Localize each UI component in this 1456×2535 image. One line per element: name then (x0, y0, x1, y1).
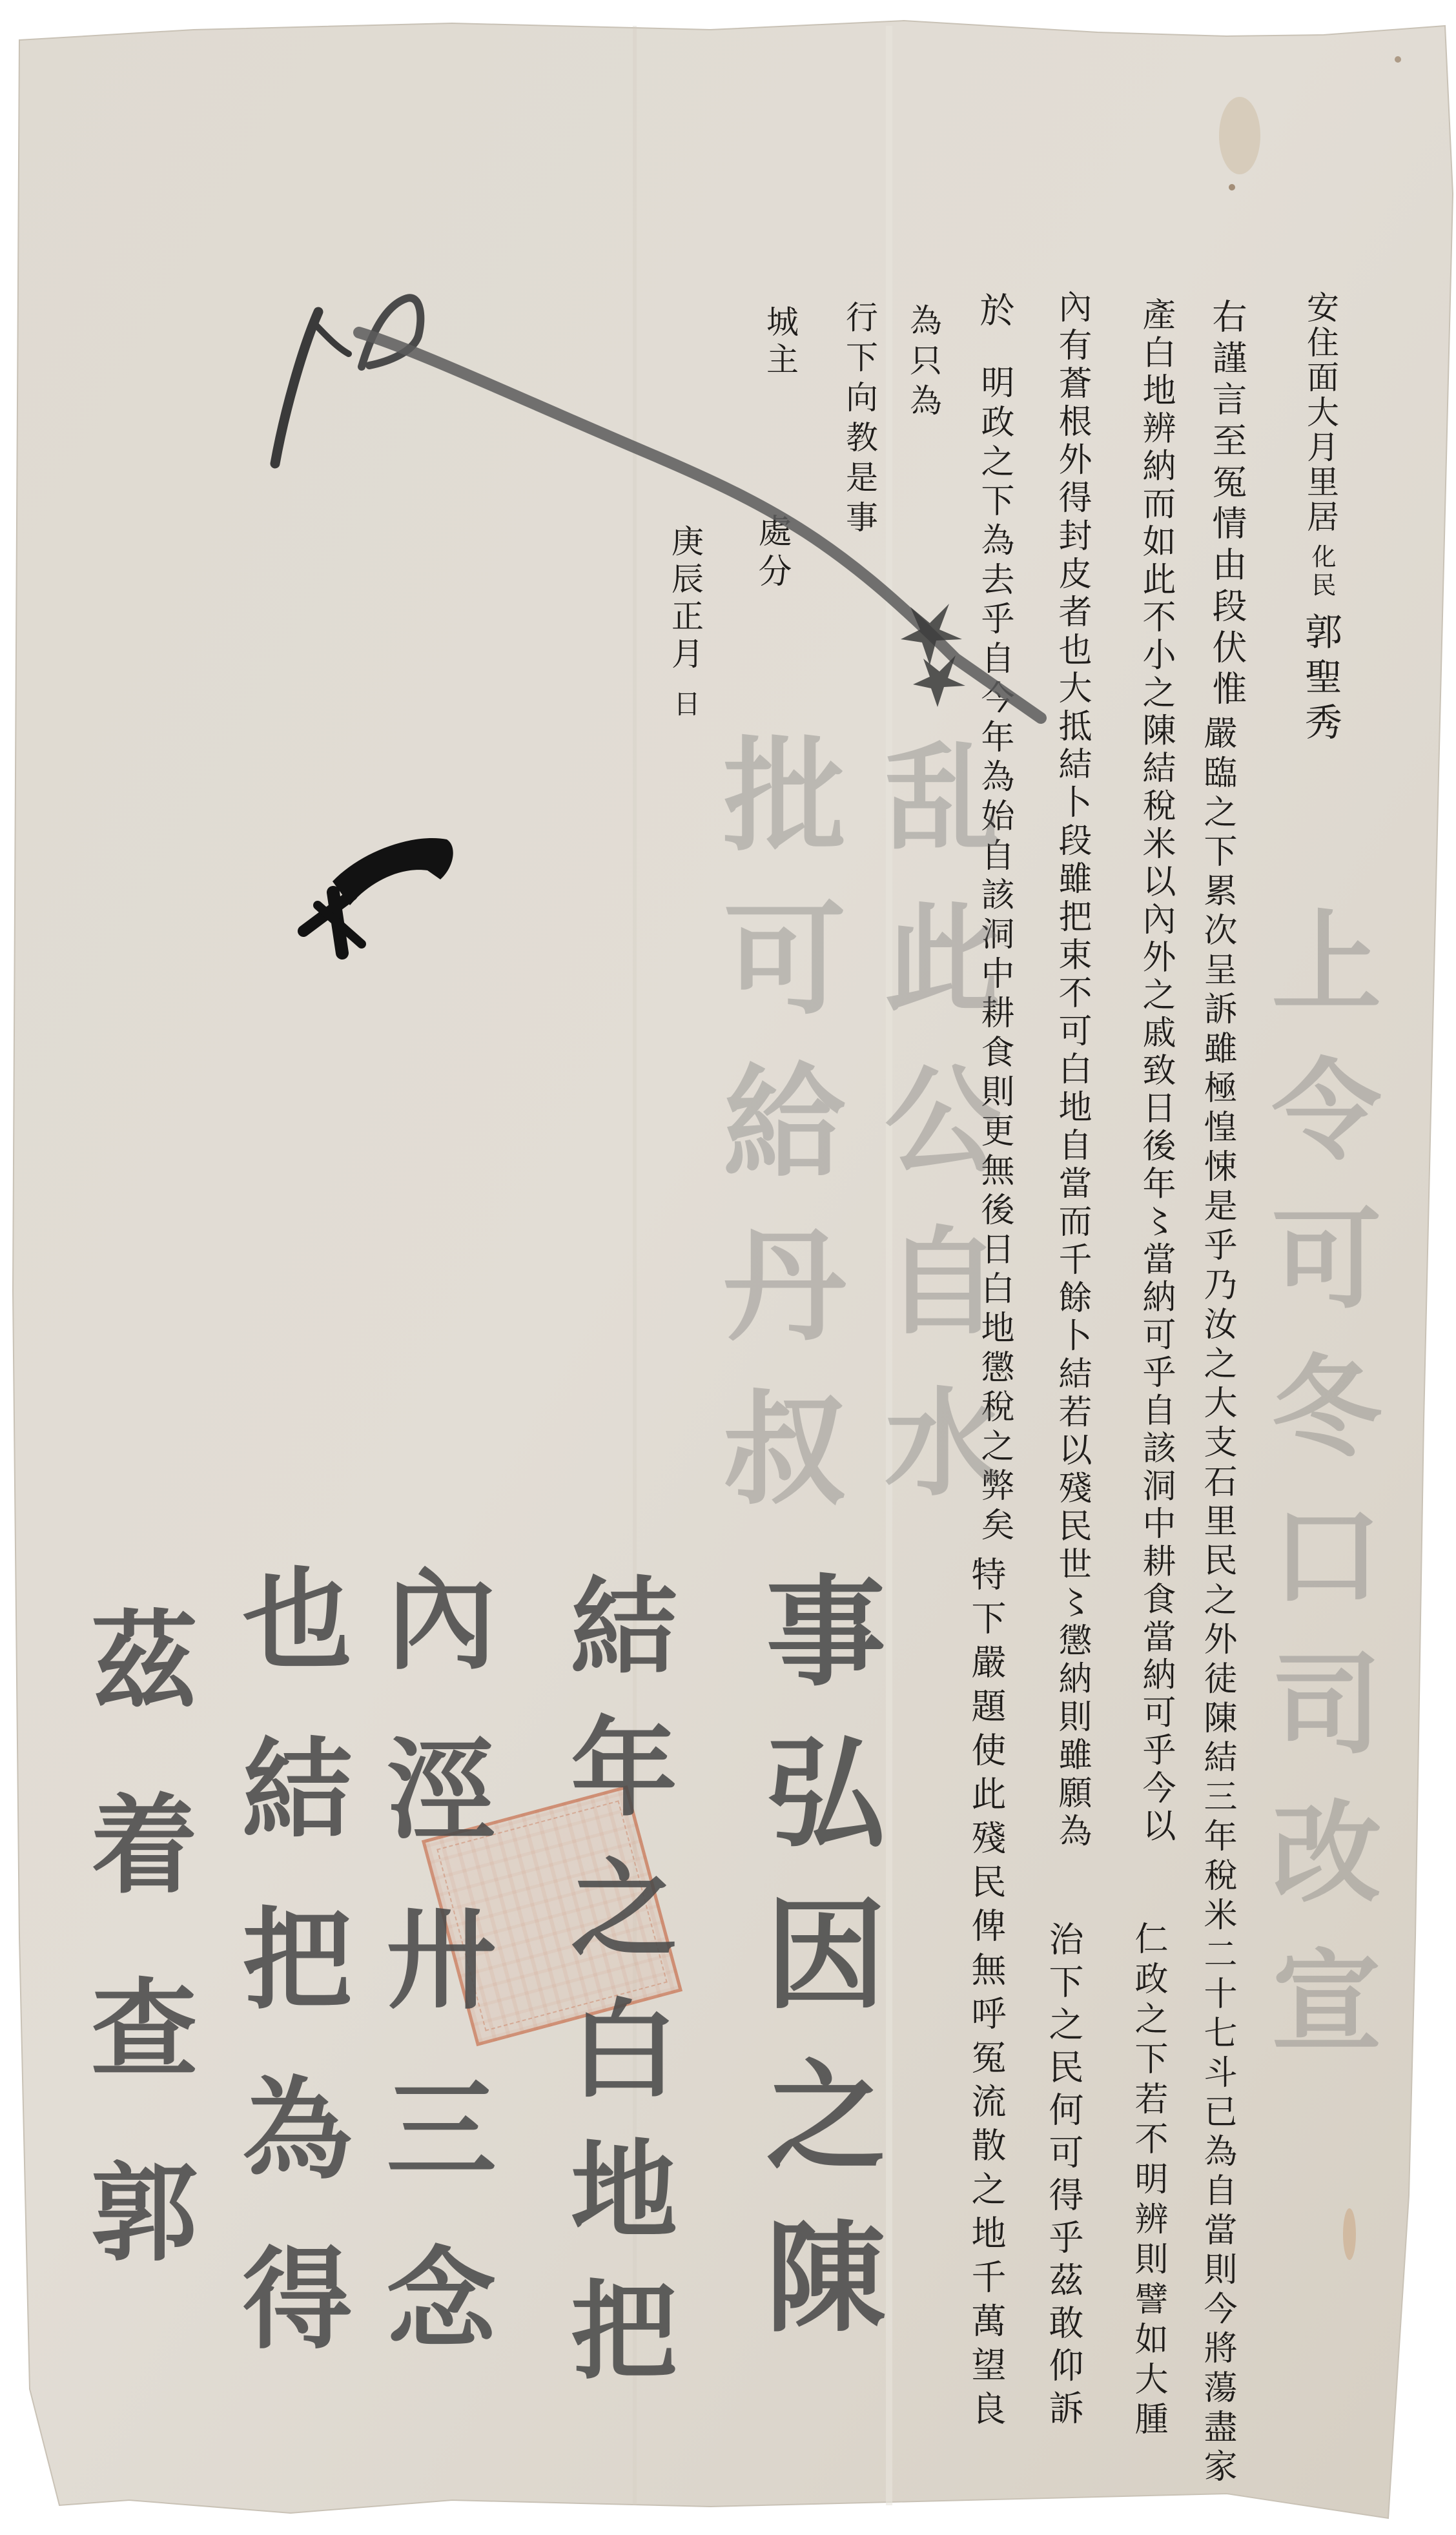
petition-closing: 行下向教是事 (843, 300, 876, 540)
overlay-rescript-column: 上令可冬口司改宣 (1262, 904, 1372, 2092)
petitioner-status: 化民 (1309, 544, 1334, 600)
date-year-month: 庚辰正月 (669, 524, 701, 674)
addressee-action: 處分 (755, 513, 788, 593)
overlay-rescript-column: 批可給丹叔 (713, 731, 836, 1548)
petition-text: 內有蒼根外得封皮者也大抵結卜段雖把束不可白地自當而千餘卜結若以殘民世〻懲納則雖願… (1055, 289, 1089, 1851)
rescript-column: 內涇卅三念 (377, 1562, 487, 2411)
petition-text: 於 (977, 292, 1012, 327)
petition-text: 嚴臨之下累次呈訴雖極惶悚是乎乃汝之大支石里民之外徒陳結三年稅米二十七斗已為自當則… (1200, 715, 1234, 2488)
rescript-column: 結年之白地把 (562, 1571, 669, 2416)
petition-text: 治下之民何可得乎茲敢仰訴 (1046, 1921, 1081, 2432)
petition-text: 特下嚴題使此殘民俾無呼冤流散之地千萬望良 (969, 1556, 1003, 2434)
overlay-rescript-column: 乱此公自水 (875, 736, 991, 1543)
petition-text: 產白地辨納而如此不小之陳結稅米以內外之戚致日後年〻當納可乎自該洞中耕食當納可乎今… (1139, 297, 1173, 1846)
rescript-column: 也結把為得 (233, 1562, 343, 2411)
date-day: 日 (672, 690, 699, 717)
petition-closing: 為只為 (907, 303, 939, 424)
document-page: 安住面大月里居 化民 郭聖秀 右謹言至冤情由段伏惟 嚴臨之下累次呈訴雖極惶悚是乎… (0, 0, 1456, 2535)
petitioner-address: 安住面大月里居 (1304, 291, 1337, 535)
rescript-column: 茲着查郭 (83, 1605, 189, 2341)
petitioner-name: 郭聖秀 (1302, 612, 1339, 748)
rescript-column: 事弘因之陳 (756, 1569, 876, 2376)
petition-text: 仁政之下若不明辨則譬如大腫 (1131, 1921, 1165, 2441)
addressee-title: 城主 (764, 305, 796, 380)
petition-text: 右謹言至冤情由段伏惟 (1209, 298, 1244, 712)
